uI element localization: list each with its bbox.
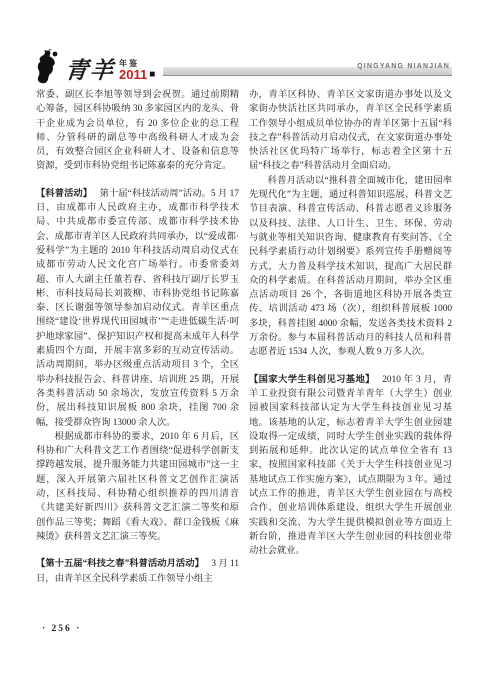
entry-kepu-huodong: 【科普活动】第十届“科技活动周”活动。5 月 17 日，由成都市人民政府主办，成… — [36, 186, 239, 430]
paragraph-text: 常委、副区长李旭等领导到会祝贺。通过前期精心筹备，园区科协吸纳 30 多家园区内… — [36, 90, 239, 171]
entry-keji-zhichun: 【第十五届“科技之春”科普活动月活动】3 月 11 日，由青羊区全民科学素质工作… — [36, 556, 239, 586]
header-rule-bar: QINGYANG NIANJIAN — [163, 67, 452, 76]
logo-title: 青羊 — [64, 59, 116, 82]
logo-year-row: 2011 ■ — [119, 68, 155, 81]
left-column: 常委、副区长李旭等领导到会祝贺。通过前期精心筹备，园区科协吸纳 30 多家园区内… — [36, 88, 239, 586]
page-number: · 256 · — [42, 624, 81, 634]
paragraph-continuation: 办，青羊区科协、青羊区文家街道办事处以及文家街办快活社区共同承办，青羊区全民科学… — [249, 88, 452, 174]
entry-heading: 【第十五届“科技之春”科普活动月活动】 — [36, 558, 204, 568]
paragraph-text: 科普月活动以“推科普全面城市化，建田园率先现代化”为主题，通过科普知识巡展、科普… — [249, 176, 452, 358]
paragraph-text: 2010 年 3 月，青羊工业投资有限公司暨青羊青年（大学生）创业园被国家科技部… — [249, 375, 452, 557]
entry-guojia-daxuesheng-jidi: 【国家大学生科创见习基地】2010 年 3 月，青羊工业投资有限公司暨青羊青年（… — [249, 372, 452, 559]
yearbook-logo: 青羊 年鉴 2011 ■ — [36, 48, 155, 82]
page-header: 青羊 年鉴 2011 ■ QINGYANG NIANJIAN — [36, 42, 452, 82]
right-column: 办，青羊区科协、青羊区文家街道办事处以及文家街办快活社区共同承办，青羊区全民科学… — [249, 88, 452, 586]
banner-romanized-title: QINGYANG NIANJIAN — [357, 63, 450, 70]
page-footer: · 256 · — [42, 624, 81, 634]
paragraph-text: 第十届“科技活动周”活动。5 月 17 日，由成都市人民政府主办，成都市科学技术… — [36, 189, 239, 428]
entry-heading: 【科普活动】 — [36, 188, 92, 198]
logo-stack: 年鉴 2011 ■ — [119, 60, 155, 81]
yearbook-page: 青羊 年鉴 2011 ■ QINGYANG NIANJIAN 常委、副区长李旭等… — [0, 0, 480, 680]
paragraph-continuation: 常委、副区长李旭等领导到会祝贺。通过前期精心筹备，园区科协吸纳 30 多家园区内… — [36, 88, 239, 174]
logo-square-icon: ■ — [149, 70, 155, 80]
paragraph: 科普月活动以“推科普全面城市化，建田园率先现代化”为主题，通过科普知识巡展、科普… — [249, 174, 452, 360]
logo-year: 2011 — [119, 68, 147, 81]
paragraph-text: 办，青羊区科协、青羊区文家街道办事处以及文家街办快活社区共同承办，青羊区全民科学… — [249, 90, 452, 171]
paragraph: 根据成都市科协的要求，2010 年 6 月后，区科协和广大科普文艺工作者围绕“促… — [36, 430, 239, 544]
page-body: 常委、副区长李旭等领导到会祝贺。通过前期精心筹备，园区科协吸纳 30 多家园区内… — [36, 88, 452, 586]
paragraph-text: 根据成都市科协的要求，2010 年 6 月后，区科协和广大科普文艺工作者围绕“促… — [36, 432, 239, 542]
goat-icon — [36, 48, 62, 84]
entry-heading: 【国家大学生科创见习基地】 — [249, 374, 375, 384]
